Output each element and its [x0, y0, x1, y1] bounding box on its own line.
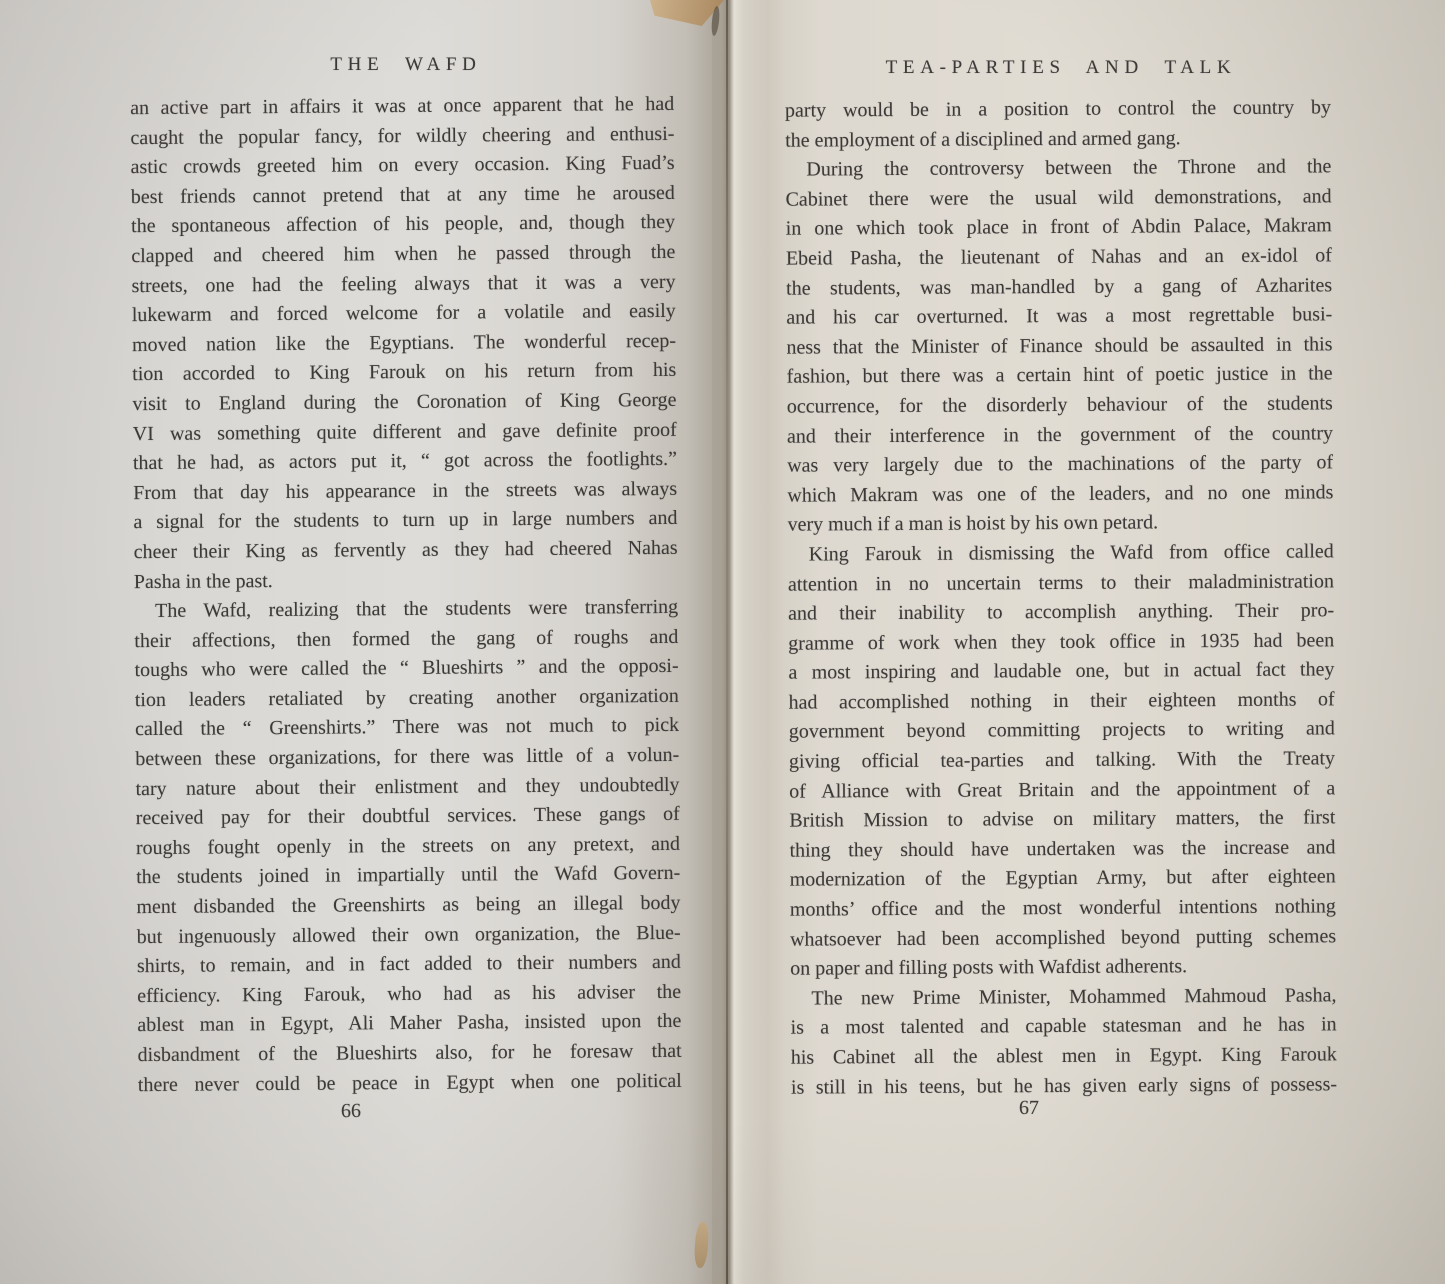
text-line: gramme of work when they took office in … — [788, 626, 1334, 659]
right-page-text: party would be in a position to control … — [785, 93, 1337, 1103]
text-line: is a most talented and capable statesman… — [791, 1011, 1337, 1044]
text-line: tary nature about their enlistment and t… — [135, 771, 679, 805]
text-line: the students, was man-handled by a gang … — [786, 271, 1332, 304]
text-line: months’ office and the most wonderful in… — [790, 892, 1336, 925]
text-line: which Makram was one of the leaders, and… — [787, 478, 1333, 511]
text-line: fashion, but there was a certain hint of… — [787, 360, 1333, 393]
running-header-left: THE WAFD — [134, 54, 678, 76]
left-page-text: an active part in affairs it was at once… — [130, 90, 682, 1100]
text-line: disbandment of the Blueshirts also, for … — [137, 1037, 681, 1071]
text-line: the spontaneous affection of his people,… — [131, 208, 675, 242]
text-line: best friends cannot pretend that at any … — [131, 179, 675, 213]
text-line: streets, one had the feeling always that… — [131, 267, 675, 301]
text-line: Pasha in the past. — [134, 563, 678, 597]
text-line: caught the popular fancy, for wildly che… — [130, 119, 674, 153]
text-line: government beyond committing projects to… — [789, 715, 1335, 748]
text-line: ness that the Minister of Finance should… — [786, 330, 1332, 363]
text-line: ablest man in Egypt, Ali Maher Pasha, in… — [137, 1007, 681, 1041]
text-line: whatsoever had been accomplished beyond … — [790, 922, 1336, 955]
text-line: VI was something quite different and gav… — [133, 415, 677, 449]
text-line: astic crowds greeted him on every occasi… — [131, 149, 675, 183]
text-line: cheer their King as fervently as they ha… — [134, 534, 678, 568]
running-header-right: TEA-PARTIES AND TALK — [788, 57, 1334, 79]
text-line: roughs fought openly in the streets on a… — [136, 830, 680, 864]
text-line: had accomplished nothing in their eighte… — [789, 685, 1335, 718]
book-spread: THE WAFD TEA-PARTIES AND TALK an active … — [0, 0, 1445, 1284]
text-line: the employment of a disciplined and arme… — [785, 123, 1331, 156]
text-line: and their inability to accomplish anythi… — [788, 596, 1334, 629]
page-number-right: 67 — [756, 1095, 1302, 1121]
text-line: a signal for the students to turn up in … — [133, 504, 677, 538]
text-line: an active part in affairs it was at once… — [130, 90, 674, 124]
text-line: lukewarm and forced welcome for a volati… — [132, 297, 676, 331]
text-line: thing they should have undertaken was th… — [789, 833, 1335, 866]
text-line: tion accorded to King Farouk on his retu… — [132, 356, 676, 390]
text-line: received pay for their doubtful services… — [136, 800, 680, 834]
text-line: shirts, to remain, and in fact added to … — [137, 948, 681, 982]
text-line: Cabinet there were the usual wild demons… — [785, 182, 1331, 215]
text-line: giving official tea-parties and talking.… — [789, 744, 1335, 777]
text-line: party would be in a position to control … — [785, 93, 1331, 126]
text-line: called the “ Greenshirts.” There was not… — [135, 711, 679, 745]
text-line: toughs who were called the “ Blueshirts … — [134, 652, 678, 686]
text-line: tion leaders retaliated by creating anot… — [135, 682, 679, 716]
page-number-left: 66 — [79, 1098, 623, 1125]
text-line: moved nation like the Egyptians. The won… — [132, 327, 676, 361]
text-line: very much if a man is hoist by his own p… — [787, 508, 1333, 541]
text-line: was very largely due to the machinations… — [787, 448, 1333, 481]
text-line: their affections, then formed the gang o… — [134, 623, 678, 657]
text-line: there never could be peace in Egypt when… — [138, 1066, 682, 1100]
text-line: Ebeid Pasha, the lieutenant of Nahas and… — [786, 241, 1332, 274]
text-line: King Farouk in dismissing the Wafd from … — [788, 537, 1334, 570]
text-line: The Wafd, realizing that the students we… — [134, 593, 678, 627]
text-line: modernization of the Egyptian Army, but … — [790, 863, 1336, 896]
text-line: visit to England during the Coronation o… — [132, 386, 676, 420]
text-line: attention in no uncertain terms to their… — [788, 567, 1334, 600]
text-line: on paper and filling posts with Wafdist … — [790, 952, 1336, 985]
text-line: between these organizations, for there w… — [135, 741, 679, 775]
text-line: and his car overturned. It was a most re… — [786, 300, 1332, 333]
text-line: the students joined in impartially until… — [136, 859, 680, 893]
text-line: efficiency. King Farouk, who had as his … — [137, 978, 681, 1012]
text-line: clapped and cheered him when he passed t… — [131, 238, 675, 272]
text-line: his Cabinet all the ablest men in Egypt.… — [791, 1040, 1337, 1073]
text-line: of Alliance with Great Britain and the a… — [789, 774, 1335, 807]
text-line: a most inspiring and laudable one, but i… — [788, 656, 1334, 689]
text-line: occurrence, for the disorderly behaviour… — [787, 389, 1333, 422]
text-line: During the controversy between the Thron… — [785, 153, 1331, 186]
text-line: and their interference in the government… — [787, 419, 1333, 452]
text-line: but ingenuously allowed their own organi… — [137, 918, 681, 952]
text-line: ment disbanded the Greenshirts as being … — [136, 889, 680, 923]
text-line: British Mission to advise on military ma… — [789, 804, 1335, 837]
text-line: in one which took place in front of Abdi… — [786, 212, 1332, 245]
text-line: that he had, as actors put it, “ got acr… — [133, 445, 677, 479]
text-line: The new Prime Minister, Mohammed Mahmoud… — [790, 981, 1336, 1014]
text-line: From that day his appearance in the stre… — [133, 475, 677, 509]
